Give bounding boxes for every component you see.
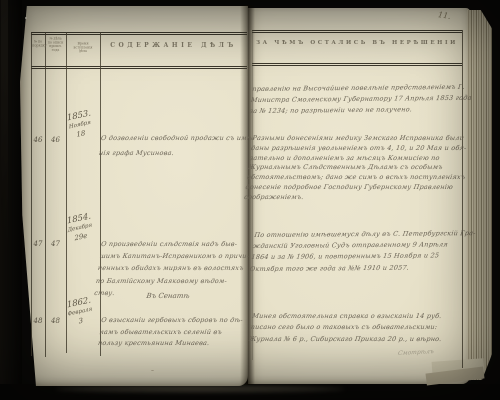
right-paragraph-2: Разными донесеніями медику Земскаго Испр…: [243, 134, 471, 203]
column-header-order-no: № по порядку: [32, 40, 43, 48]
row2-entry: О произведеніи слѣдствія надъ быв- шимъ …: [93, 238, 251, 299]
left-col-rule-3: [100, 32, 101, 356]
spine-highlight: [1, 0, 8, 250]
right-page-title: ЗА ЧѢМЪ ОСТАЛИСЬ ВЪ НЕРѢШЕНІИ: [252, 40, 462, 46]
paper-speck: [25, 17, 27, 19]
right-paragraph-4: Минея обстоятельная справка о взысканіи …: [248, 311, 445, 345]
row1-order-no: 46: [31, 136, 45, 144]
right-paragraph-3: По отношенію имѣвшемуся дѣлу въ С. Петер…: [249, 228, 476, 275]
left-table-header-rule: [31, 66, 247, 69]
page-stack-edge: [467, 10, 492, 380]
book-bottom-edge-highlight: [55, 385, 345, 393]
row3-order-no: 48: [31, 317, 45, 325]
column-header-case-no: № дѣла по описи прошл. года: [47, 37, 64, 52]
right-paragraph-1: правленію на Высочайшее повелѣніе предст…: [249, 82, 474, 117]
row1-entry: О дозволеніи свободной продажи съ имѣ- н…: [98, 131, 256, 161]
right-table-header-rule: [252, 63, 462, 66]
right-table-top-rule: [252, 30, 462, 33]
folio-number: 11.: [437, 10, 451, 21]
paper-speck: [151, 370, 154, 371]
left-page-title: СОДЕРЖАНІЕ ДѢЛЪ: [100, 42, 247, 49]
section-heading: Въ Сенатѣ: [117, 292, 218, 300]
row3-entry: О взысканіи гербовыхъ сборовъ по дѣ- лам…: [97, 315, 243, 350]
left-col-rule-1: [45, 32, 46, 357]
left-table-border: [31, 32, 32, 356]
column-header-date: Время вступленія дѣла: [70, 42, 96, 53]
row2-order-no: 47: [31, 240, 45, 248]
left-table-top-rule: [31, 32, 247, 35]
ledger-photo: 11. СОДЕРЖАНІЕ ДѢЛЪ ЗА ЧѢМЪ ОСТАЛИСЬ ВЪ …: [0, 0, 500, 400]
